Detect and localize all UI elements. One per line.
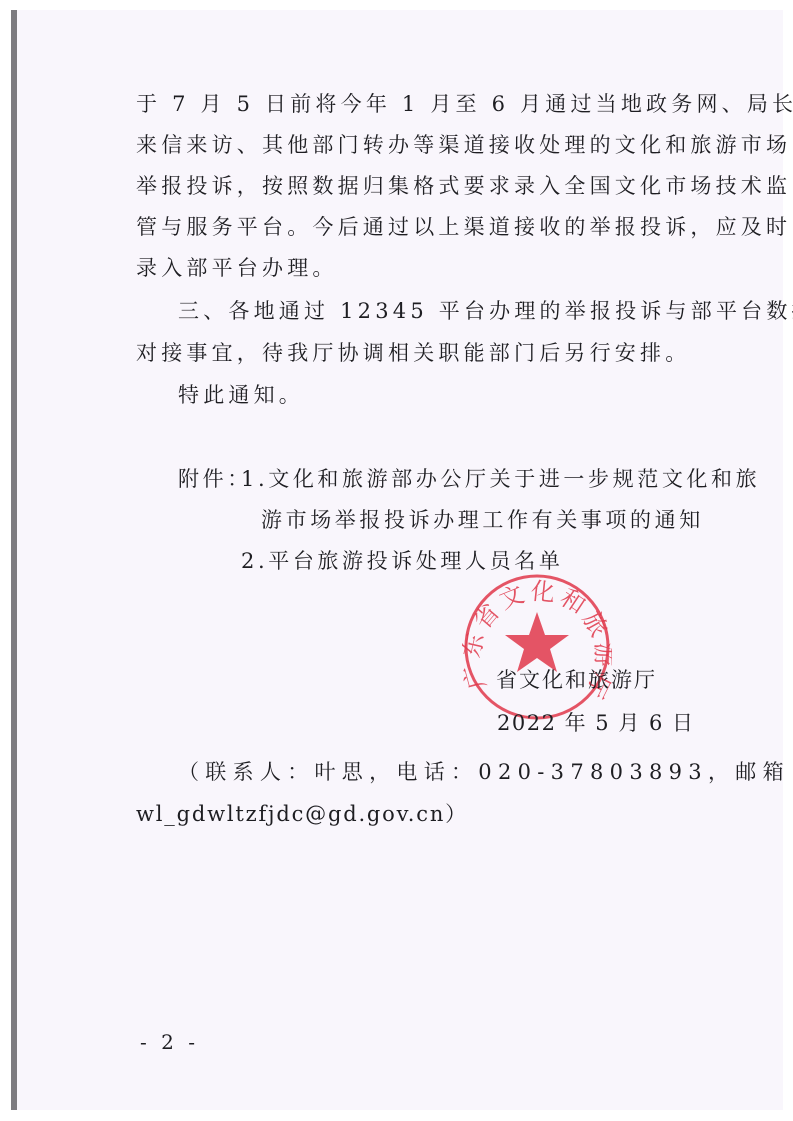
official-seal-stamp: 广东省文化和旅游厅	[462, 572, 612, 722]
page-binding-edge	[11, 10, 17, 1110]
issuer-name: 省文化和旅游厅	[496, 664, 657, 694]
body-line-1: 于 7 月 5 日前将今年 1 月至 6 月通过当地政务网、局长信箱、	[136, 92, 793, 116]
section-three-line-2: 对接事宜，待我厅协调相关职能部门后另行安排。	[136, 341, 690, 365]
attachment-item-2: 2.平台旅游投诉处理人员名单	[241, 549, 563, 573]
attachment-item-1-line-1: 1.文化和旅游部办公厅关于进一步规范文化和旅	[241, 467, 760, 491]
closing-text: 特此通知。	[178, 383, 304, 407]
seal-star-icon	[505, 612, 569, 672]
page-number: - 2 -	[140, 1030, 199, 1054]
body-line-2: 来信来访、其他部门转办等渠道接收处理的文化和旅游市场	[136, 133, 791, 157]
body-line-5: 录入部平台办理。	[136, 256, 338, 280]
issue-date: 2022 年 5 月 6 日	[497, 707, 695, 737]
contact-email: wl_gdwltzfjdc@gd.gov.cn）	[136, 802, 468, 826]
body-line-4: 管与服务平台。今后通过以上渠道接收的举报投诉，应及时	[136, 215, 791, 239]
attachment-item-1-line-2: 游市场举报投诉办理工作有关事项的通知	[261, 508, 704, 532]
section-three-line-1: 三、各地通过 12345 平台办理的举报投诉与部平台数据	[178, 299, 793, 323]
body-line-3: 举报投诉，按照数据归集格式要求录入全国文化市场技术监	[136, 174, 791, 198]
contact-line-1: （联系人：叶思，电话：020-37803893，邮箱：	[178, 760, 793, 784]
